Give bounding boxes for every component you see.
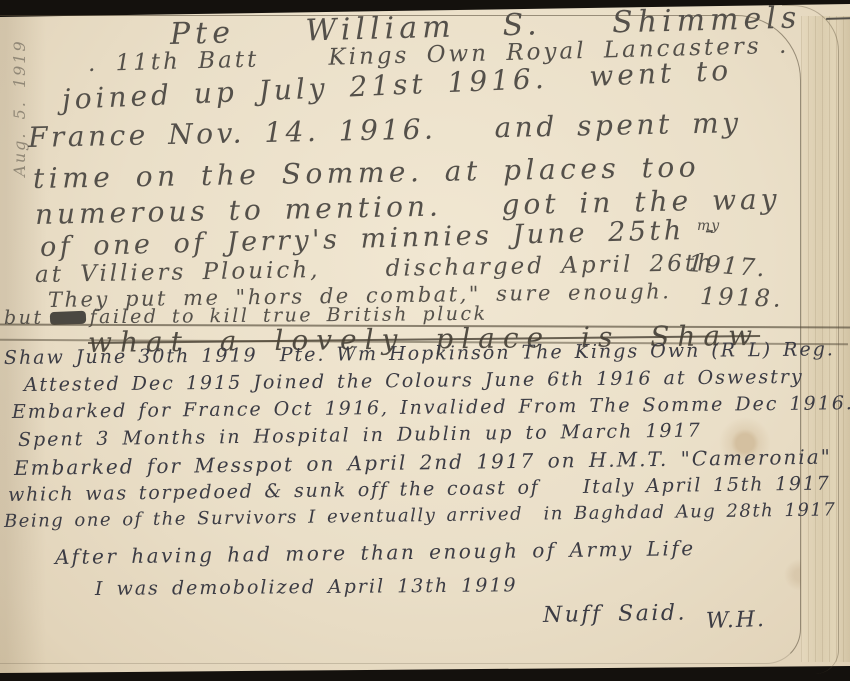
photo-bottom-border <box>0 661 850 681</box>
signoff: Nuff Said. <box>543 601 687 628</box>
inserted-word-my: my <box>697 219 720 235</box>
signature-initials: W.H. <box>706 608 767 635</box>
album-photo: Aug. 5. 1919 Pte William S. Shimmels — .… <box>0 0 850 681</box>
date-1918: 1918. <box>700 283 785 313</box>
margin-note: Aug. 5. 1919 <box>10 18 34 198</box>
handwritten-line-hopkinson-9: I was demobolized April 13th 1919 <box>95 575 518 600</box>
but-word: but <box>4 307 44 329</box>
